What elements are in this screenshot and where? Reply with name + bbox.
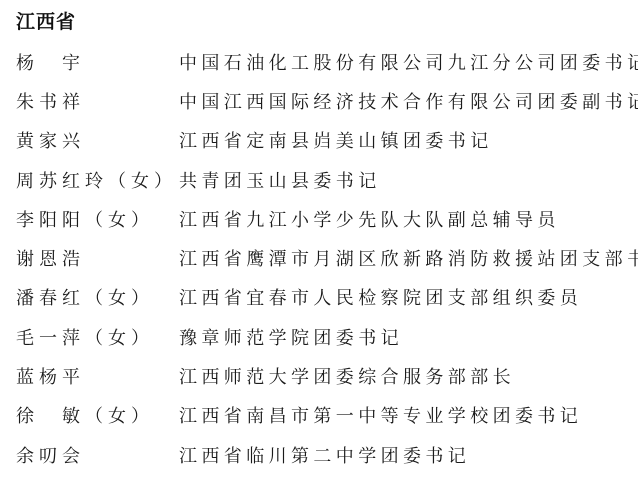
person-name: 徐 敏（女） [16,405,154,429]
list-item: 杨 宇 中国石油化工股份有限公司九江分公司团委书记 [0,44,638,83]
list-item: 黄家兴 江西省定南县岿美山镇团委书记 [0,123,638,162]
list-item: 谢恩浩 江西省鹰潭市月湖区欣新路消防救援站团支部书记 [0,240,638,279]
person-name: 黄家兴 [16,130,85,154]
person-position: 共青团玉山县委书记 [179,170,381,194]
person-name: 李阳阳（女） [16,209,154,233]
list-item: 徐 敏（女） 江西省南昌市第一中等专业学校团委书记 [0,398,638,437]
honoree-list: 杨 宇 中国石油化工股份有限公司九江分公司团委书记 朱书祥 中国江西国际经济技术… [0,44,638,476]
list-item: 周苏红玲（女） 共青团玉山县委书记 [0,162,638,201]
person-name: 周苏红玲（女） [16,170,177,194]
person-name: 余叨会 [16,445,85,469]
list-item: 毛一萍（女） 豫章师范学院团委书记 [0,319,638,358]
list-item: 余叨会 江西省临川第二中学团委书记 [0,437,638,476]
person-position: 豫章师范学院团委书记 [179,327,403,351]
person-name: 杨 宇 [16,52,85,76]
person-position: 江西省鹰潭市月湖区欣新路消防救援站团支部书记 [179,248,638,272]
person-name: 朱书祥 [16,91,85,115]
person-position: 江西省宜春市人民检察院团支部组织委员 [179,287,582,311]
person-position: 江西省临川第二中学团委书记 [179,445,470,469]
list-item: 蓝杨平 江西师范大学团委综合服务部部长 [0,358,638,397]
person-position: 中国石油化工股份有限公司九江分公司团委书记 [179,52,638,76]
list-item: 李阳阳（女） 江西省九江小学少先队大队副总辅导员 [0,201,638,240]
person-name: 蓝杨平 [16,366,85,390]
list-item: 朱书祥 中国江西国际经济技术合作有限公司团委副书记 [0,83,638,122]
section-title: 江西省 [16,8,76,36]
person-position: 中国江西国际经济技术合作有限公司团委副书记 [179,91,638,115]
person-position: 江西省南昌市第一中等专业学校团委书记 [179,405,582,429]
person-position: 江西省定南县岿美山镇团委书记 [179,130,493,154]
person-position: 江西省九江小学少先队大队副总辅导员 [179,209,560,233]
document-page: 江西省 杨 宇 中国石油化工股份有限公司九江分公司团委书记 朱书祥 中国江西国际… [0,0,638,482]
list-item: 潘春红（女） 江西省宜春市人民检察院团支部组织委员 [0,280,638,319]
person-name: 潘春红（女） [16,287,154,311]
person-position: 江西师范大学团委综合服务部部长 [179,366,515,390]
person-name: 谢恩浩 [16,248,85,272]
person-name: 毛一萍（女） [16,327,154,351]
